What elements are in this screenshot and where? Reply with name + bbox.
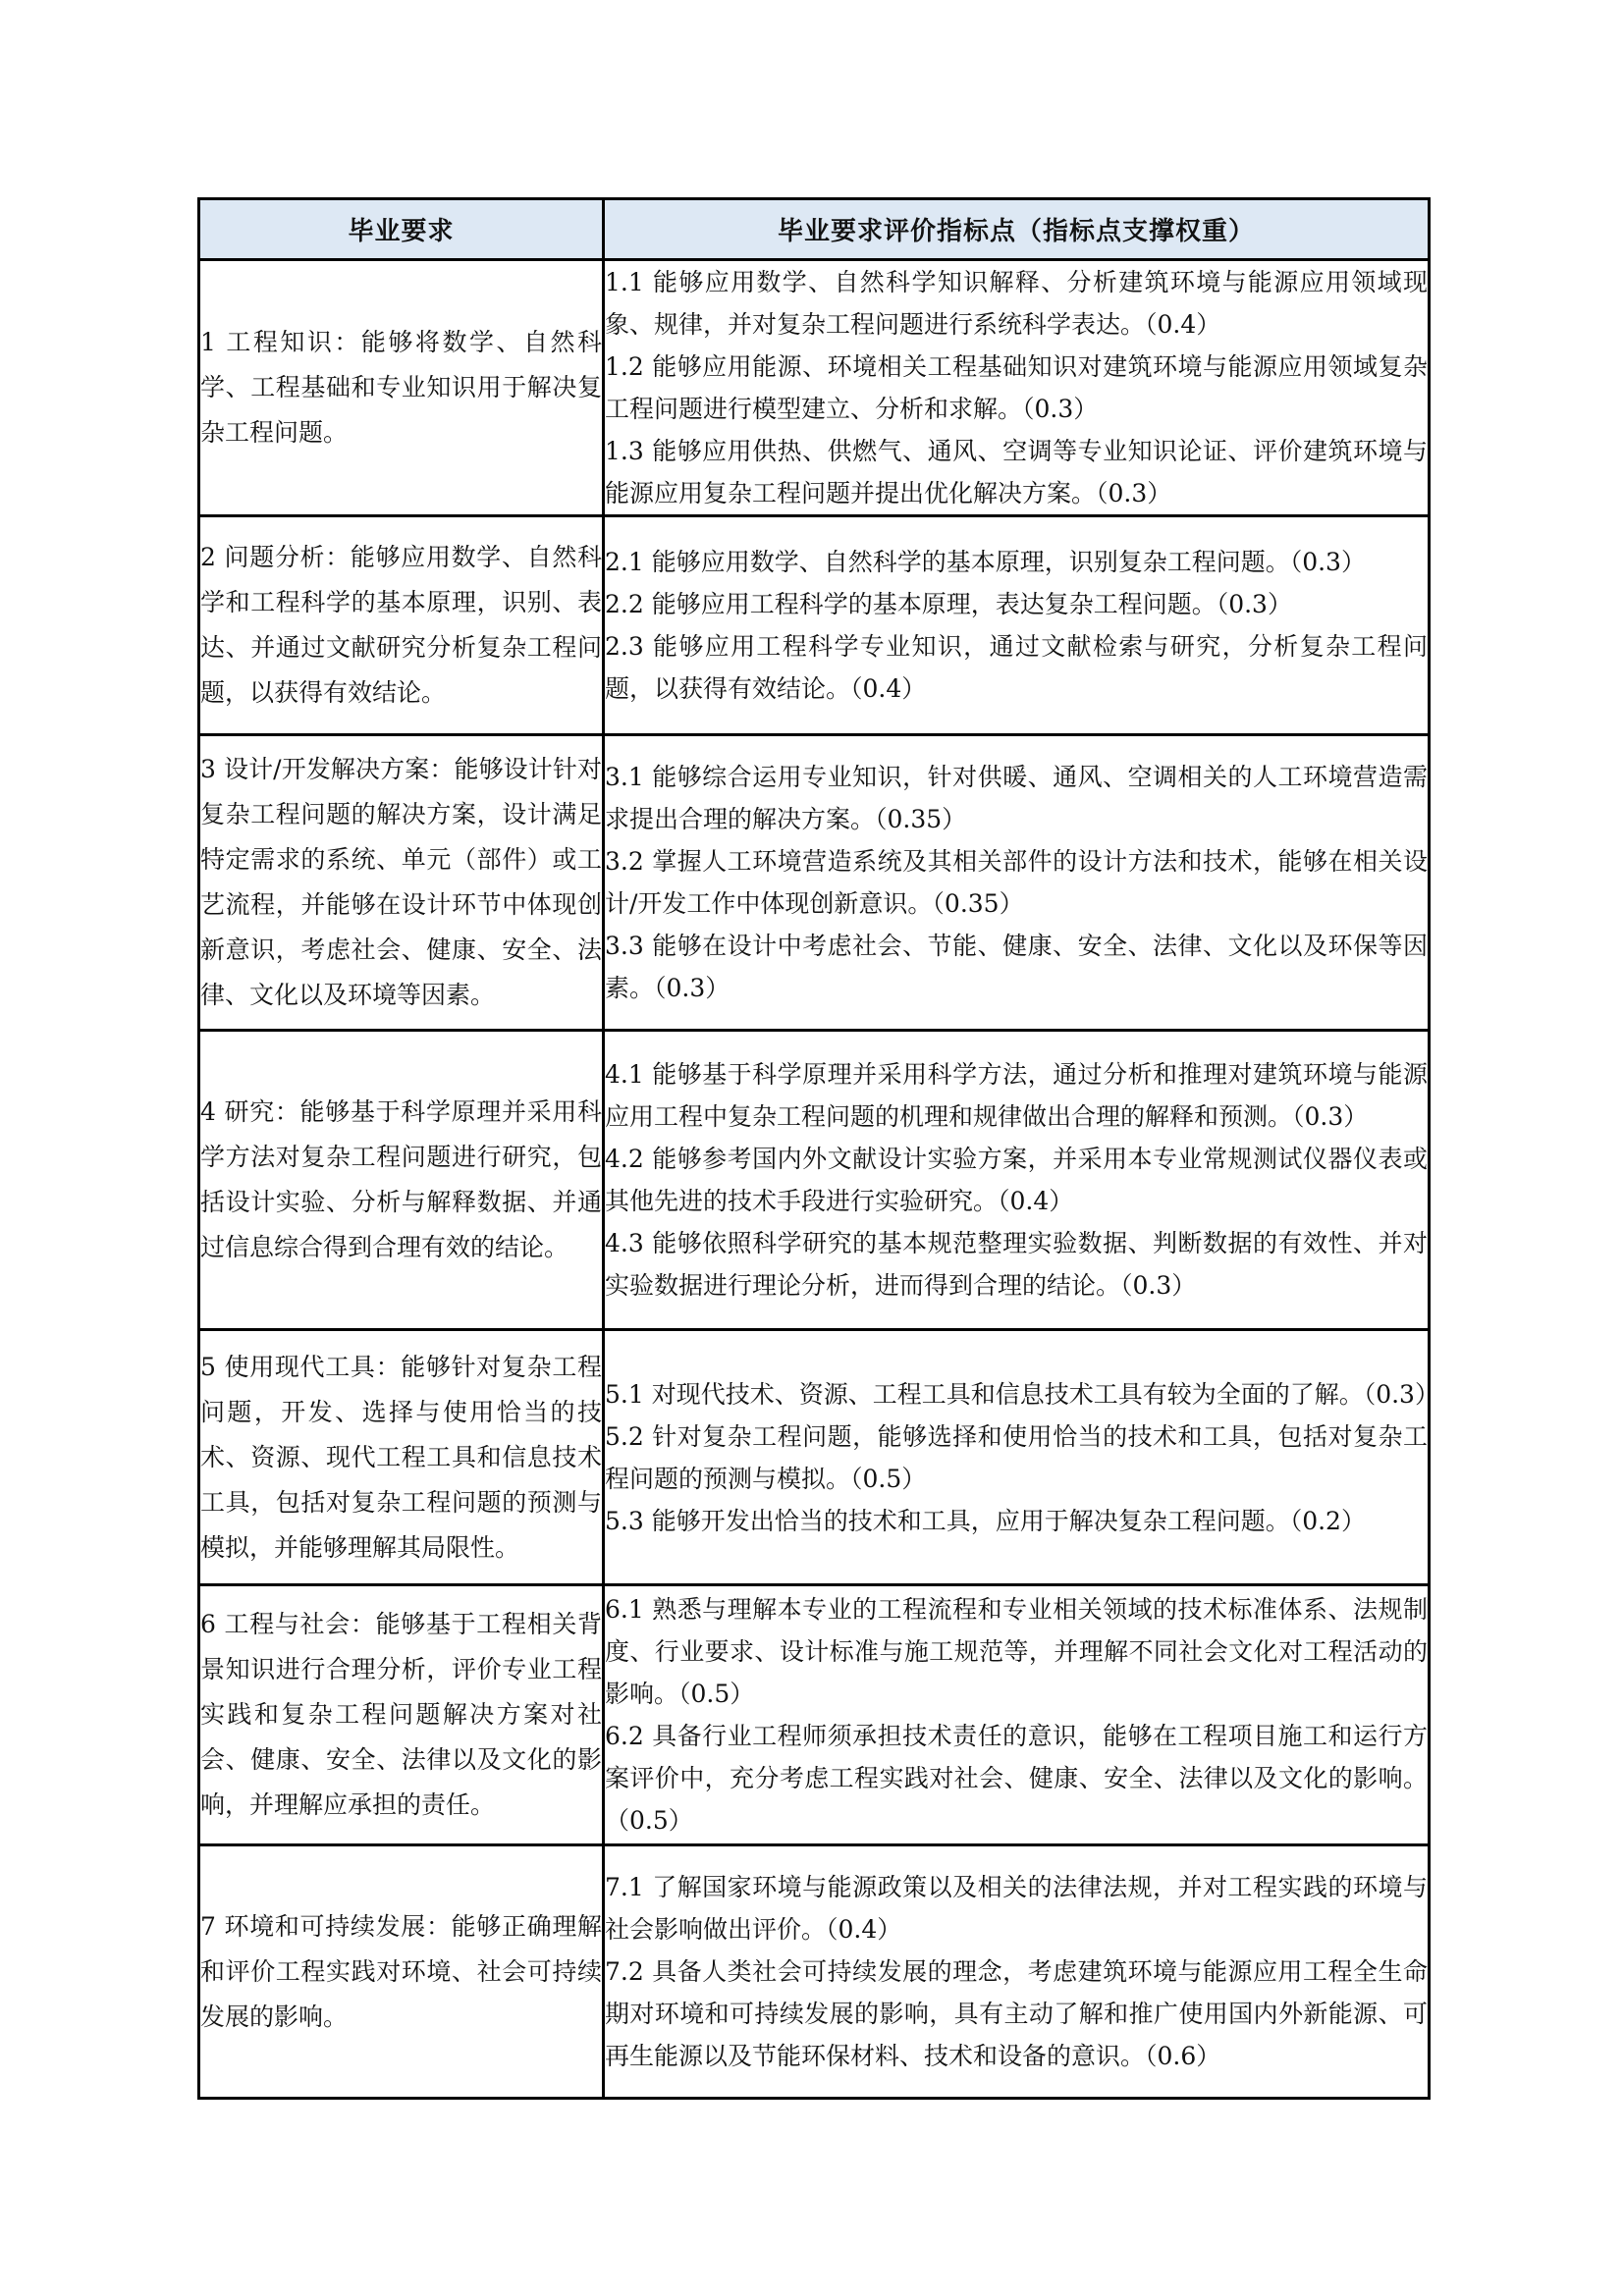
indicator-item: 4.2 能够参考国内外文献设计实验方案，并采用本专业常规测试仪器仪表或其他先进的… [605,1138,1428,1222]
indicators-cell: 3.1 能够综合运用专业知识，针对供暖、通风、空调相关的人工环境营造需求提出合理… [604,735,1430,1031]
indicators-cell: 5.1 对现代技术、资源、工程工具和信息技术工具有较为全面的了解。（0.3） 5… [604,1330,1430,1585]
indicator-item: 1.3 能够应用供热、供燃气、通风、空调等专业知识论证、评价建筑环境与能源应用复… [605,430,1428,514]
indicator-item: 5.1 对现代技术、资源、工程工具和信息技术工具有较为全面的了解。（0.3） [605,1373,1428,1415]
indicator-item: 1.2 能够应用能源、环境相关工程基础知识对建筑环境与能源应用领域复杂工程问题进… [605,346,1428,430]
table-row: 6 工程与社会：能够基于工程相关背景知识进行合理分析，评价专业工程实践和复杂工程… [199,1585,1430,1845]
requirement-cell: 2 问题分析：能够应用数学、自然科学和工程科学的基本原理，识别、表达、并通过文献… [199,516,604,735]
table-row: 7 环境和可持续发展：能够正确理解和评价工程实践对环境、社会可持续发展的影响。 … [199,1845,1430,2099]
indicators-cell: 6.1 熟悉与理解本专业的工程流程和专业相关领域的技术标准体系、法规制度、行业要… [604,1585,1430,1845]
table-row: 3 设计/开发解决方案：能够设计针对复杂工程问题的解决方案，设计满足特定需求的系… [199,735,1430,1031]
table-row: 5 使用现代工具：能够针对复杂工程问题，开发、选择与使用恰当的技术、资源、现代工… [199,1330,1430,1585]
document-page: 毕业要求 毕业要求评价指标点（指标点支撑权重） 1 工程知识：能够将数学、自然科… [0,0,1623,2296]
requirement-cell: 7 环境和可持续发展：能够正确理解和评价工程实践对环境、社会可持续发展的影响。 [199,1845,604,2099]
header-indicators: 毕业要求评价指标点（指标点支撑权重） [604,199,1430,260]
indicator-item: 1.1 能够应用数学、自然科学知识解释、分析建筑环境与能源应用领域现象、规律，并… [605,261,1428,346]
requirement-cell: 4 研究：能够基于科学原理并采用科学方法对复杂工程问题进行研究，包括设计实验、分… [199,1031,604,1330]
header-requirement: 毕业要求 [199,199,604,260]
indicators-cell: 2.1 能够应用数学、自然科学的基本原理，识别复杂工程问题。（0.3） 2.2 … [604,516,1430,735]
table-row: 2 问题分析：能够应用数学、自然科学和工程科学的基本原理，识别、表达、并通过文献… [199,516,1430,735]
indicator-item: 3.2 掌握人工环境营造系统及其相关部件的设计方法和技术，能够在相关设计/开发工… [605,840,1428,925]
indicator-item: 7.2 具备人类社会可持续发展的理念，考虑建筑环境与能源应用工程全生命期对环境和… [605,1950,1428,2077]
indicator-item: 6.2 具备行业工程师须承担技术责任的意识，能够在工程项目施工和运行方案评价中，… [605,1715,1428,1842]
indicator-item: 3.1 能够综合运用专业知识，针对供暖、通风、空调相关的人工环境营造需求提出合理… [605,756,1428,840]
indicator-item: 2.3 能够应用工程科学专业知识，通过文献检索与研究，分析复杂工程问题，以获得有… [605,625,1428,710]
indicator-item: 6.1 熟悉与理解本专业的工程流程和专业相关领域的技术标准体系、法规制度、行业要… [605,1588,1428,1715]
indicator-item: 3.3 能够在设计中考虑社会、节能、健康、安全、法律、文化以及环保等因素。（0.… [605,925,1428,1009]
indicators-cell: 1.1 能够应用数学、自然科学知识解释、分析建筑环境与能源应用领域现象、规律，并… [604,260,1430,516]
indicator-item: 4.3 能够依照科学研究的基本规范整理实验数据、判断数据的有效性、并对实验数据进… [605,1222,1428,1307]
indicator-item: 7.1 了解国家环境与能源政策以及相关的法律法规，并对工程实践的环境与社会影响做… [605,1866,1428,1950]
table-row: 1 工程知识：能够将数学、自然科学、工程基础和专业知识用于解决复杂工程问题。 1… [199,260,1430,516]
indicator-item: 5.2 针对复杂工程问题，能够选择和使用恰当的技术和工具，包括对复杂工程问题的预… [605,1415,1428,1500]
requirement-cell: 1 工程知识：能够将数学、自然科学、工程基础和专业知识用于解决复杂工程问题。 [199,260,604,516]
indicator-item: 2.1 能够应用数学、自然科学的基本原理，识别复杂工程问题。（0.3） [605,541,1428,583]
table-header-row: 毕业要求 毕业要求评价指标点（指标点支撑权重） [199,199,1430,260]
indicators-cell: 4.1 能够基于科学原理并采用科学方法，通过分析和推理对建筑环境与能源应用工程中… [604,1031,1430,1330]
requirement-cell: 5 使用现代工具：能够针对复杂工程问题，开发、选择与使用恰当的技术、资源、现代工… [199,1330,604,1585]
indicators-cell: 7.1 了解国家环境与能源政策以及相关的法律法规，并对工程实践的环境与社会影响做… [604,1845,1430,2099]
requirement-cell: 6 工程与社会：能够基于工程相关背景知识进行合理分析，评价专业工程实践和复杂工程… [199,1585,604,1845]
graduation-requirements-table: 毕业要求 毕业要求评价指标点（指标点支撑权重） 1 工程知识：能够将数学、自然科… [197,197,1431,2100]
indicator-item: 2.2 能够应用工程科学的基本原理，表达复杂工程问题。（0.3） [605,583,1428,625]
table-row: 4 研究：能够基于科学原理并采用科学方法对复杂工程问题进行研究，包括设计实验、分… [199,1031,1430,1330]
indicator-item: 4.1 能够基于科学原理并采用科学方法，通过分析和推理对建筑环境与能源应用工程中… [605,1053,1428,1138]
indicator-item: 5.3 能够开发出恰当的技术和工具，应用于解决复杂工程问题。（0.2） [605,1500,1428,1542]
requirement-cell: 3 设计/开发解决方案：能够设计针对复杂工程问题的解决方案，设计满足特定需求的系… [199,735,604,1031]
